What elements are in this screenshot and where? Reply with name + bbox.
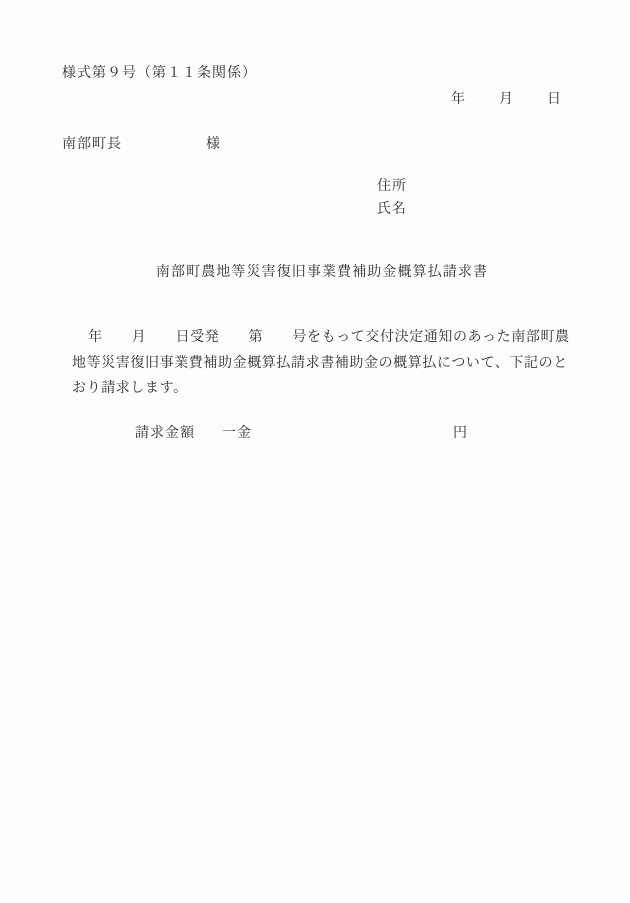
addressee-honorific: 様 xyxy=(206,133,221,153)
date-month-blank xyxy=(514,88,547,108)
date-line: 年月日 xyxy=(451,88,562,108)
body-line: 地等災害復旧事業費補助金概算払請求書補助金の概算払について、下記のと xyxy=(72,351,582,377)
addressee-name: 南部町長 xyxy=(62,133,122,153)
body-line: おり請求します。 xyxy=(72,376,582,402)
amount-prefix: 一金 xyxy=(222,422,252,442)
sender-address-label: 住所 xyxy=(377,175,407,198)
amount-label: 請求金額 xyxy=(135,422,195,442)
document-title: 南部町農地等災害復旧事業費補助金概算払請求書 xyxy=(0,261,630,281)
body-paragraph: 年 月 日受発 第 号をもって交付決定通知のあった南部町農 地等災害復旧事業費補… xyxy=(72,325,582,402)
document-page: 様式第９号（第１１条関係） 年月日 南部町長様 住所 氏名 南部町農地等災害復旧… xyxy=(0,0,630,903)
sender-name-label: 氏名 xyxy=(377,198,407,221)
date-year-blank xyxy=(466,88,499,108)
amount-line: 請求金額 一金 円 xyxy=(0,422,630,442)
amount-unit: 円 xyxy=(453,422,468,442)
date-month-label: 月 xyxy=(499,88,514,108)
date-year-label: 年 xyxy=(451,88,466,108)
addressee-blank xyxy=(122,133,206,153)
addressee-line: 南部町長様 xyxy=(62,133,221,153)
body-line: 年 月 日受発 第 号をもって交付決定通知のあった南部町農 xyxy=(72,325,582,351)
form-number: 様式第９号（第１１条関係） xyxy=(62,62,257,82)
sender-block: 住所 氏名 xyxy=(377,175,407,221)
date-day-label: 日 xyxy=(547,88,562,108)
